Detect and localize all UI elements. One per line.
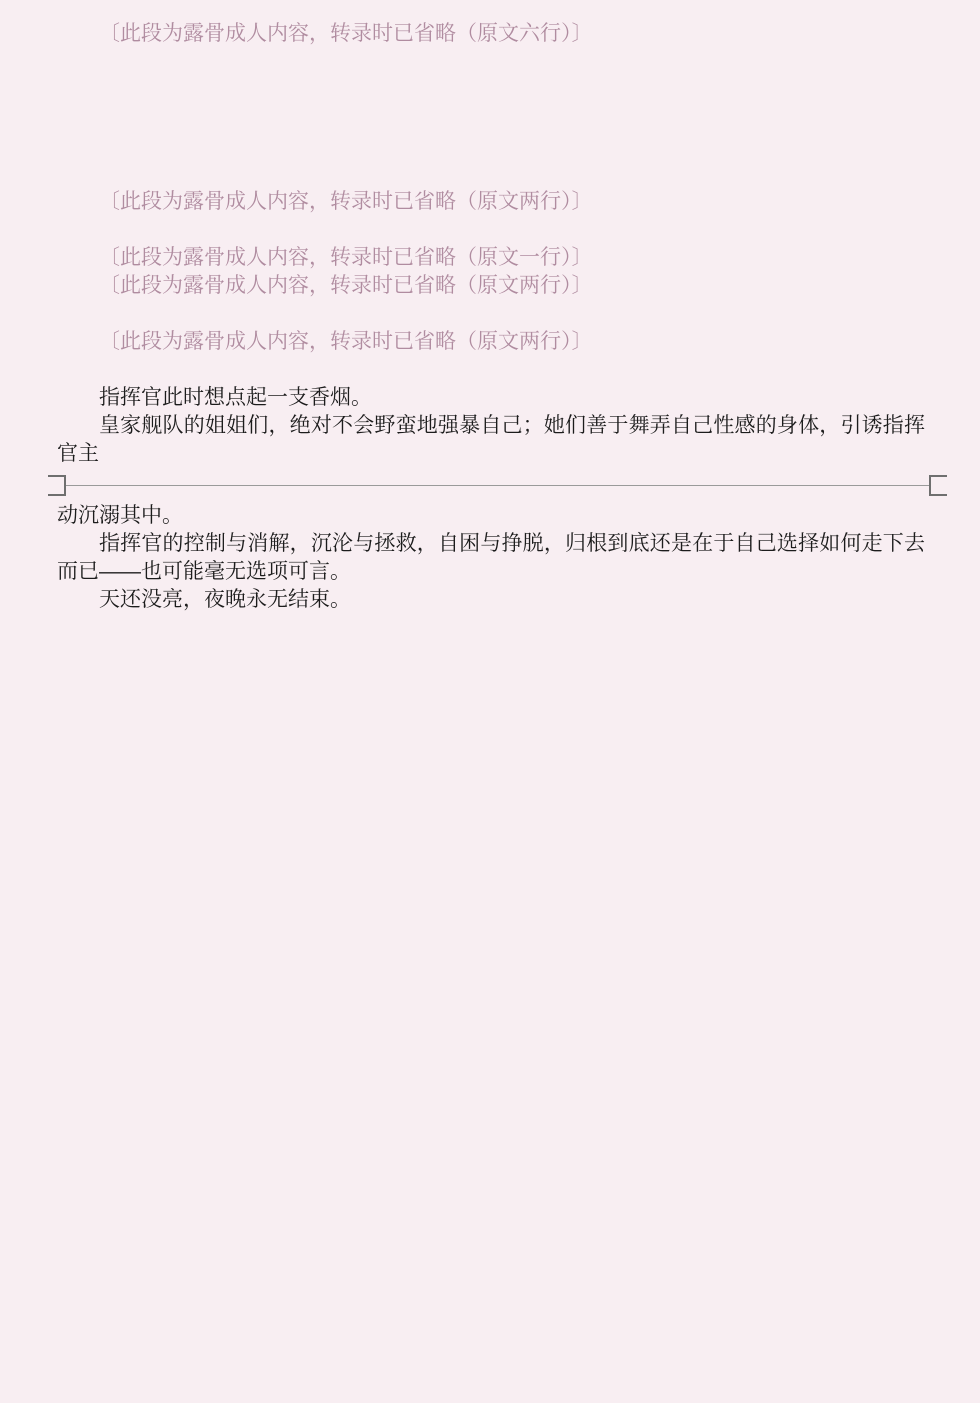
paragraph-redacted-2: 〔此段为露骨成人内容，转录时已省略（原文两行）〕 — [57, 188, 925, 244]
paragraph-royal-fleet-part2: 动沉溺其中。 — [57, 502, 925, 530]
paragraph-redacted-3: 〔此段为露骨成人内容，转录时已省略（原文一行）〕 — [57, 244, 925, 272]
page-break-line — [66, 485, 929, 486]
paragraph-redacted-4: 〔此段为露骨成人内容，转录时已省略（原文两行）〕 — [57, 272, 925, 328]
page-break-marker — [48, 468, 947, 502]
paragraph-redacted-1: 〔此段为露骨成人内容，转录时已省略（原文六行）〕 — [57, 20, 925, 188]
paragraph-cigarette: 指挥官此时想点起一支香烟。 — [57, 384, 925, 412]
page-break-right-bracket-icon — [929, 475, 947, 496]
document-page[interactable]: 〔此段为露骨成人内容，转录时已省略（原文六行）〕 〔此段为露骨成人内容，转录时已… — [0, 0, 980, 1403]
paragraph-redacted-5: 〔此段为露骨成人内容，转录时已省略（原文两行）〕 — [57, 328, 925, 384]
page-break-left-bracket-icon — [48, 475, 66, 496]
paragraph-endless-night: 天还没亮，夜晚永无结束。 — [57, 586, 925, 614]
paragraph-royal-fleet-part1: 皇家舰队的姐姐们，绝对不会野蛮地强暴自己；她们善于舞弄自己性感的身体，引诱指挥官… — [57, 412, 925, 468]
paragraph-control-and-choice: 指挥官的控制与消解，沉沦与拯救，自困与挣脱，归根到底还是在于自己选择如何走下去而… — [57, 530, 925, 586]
